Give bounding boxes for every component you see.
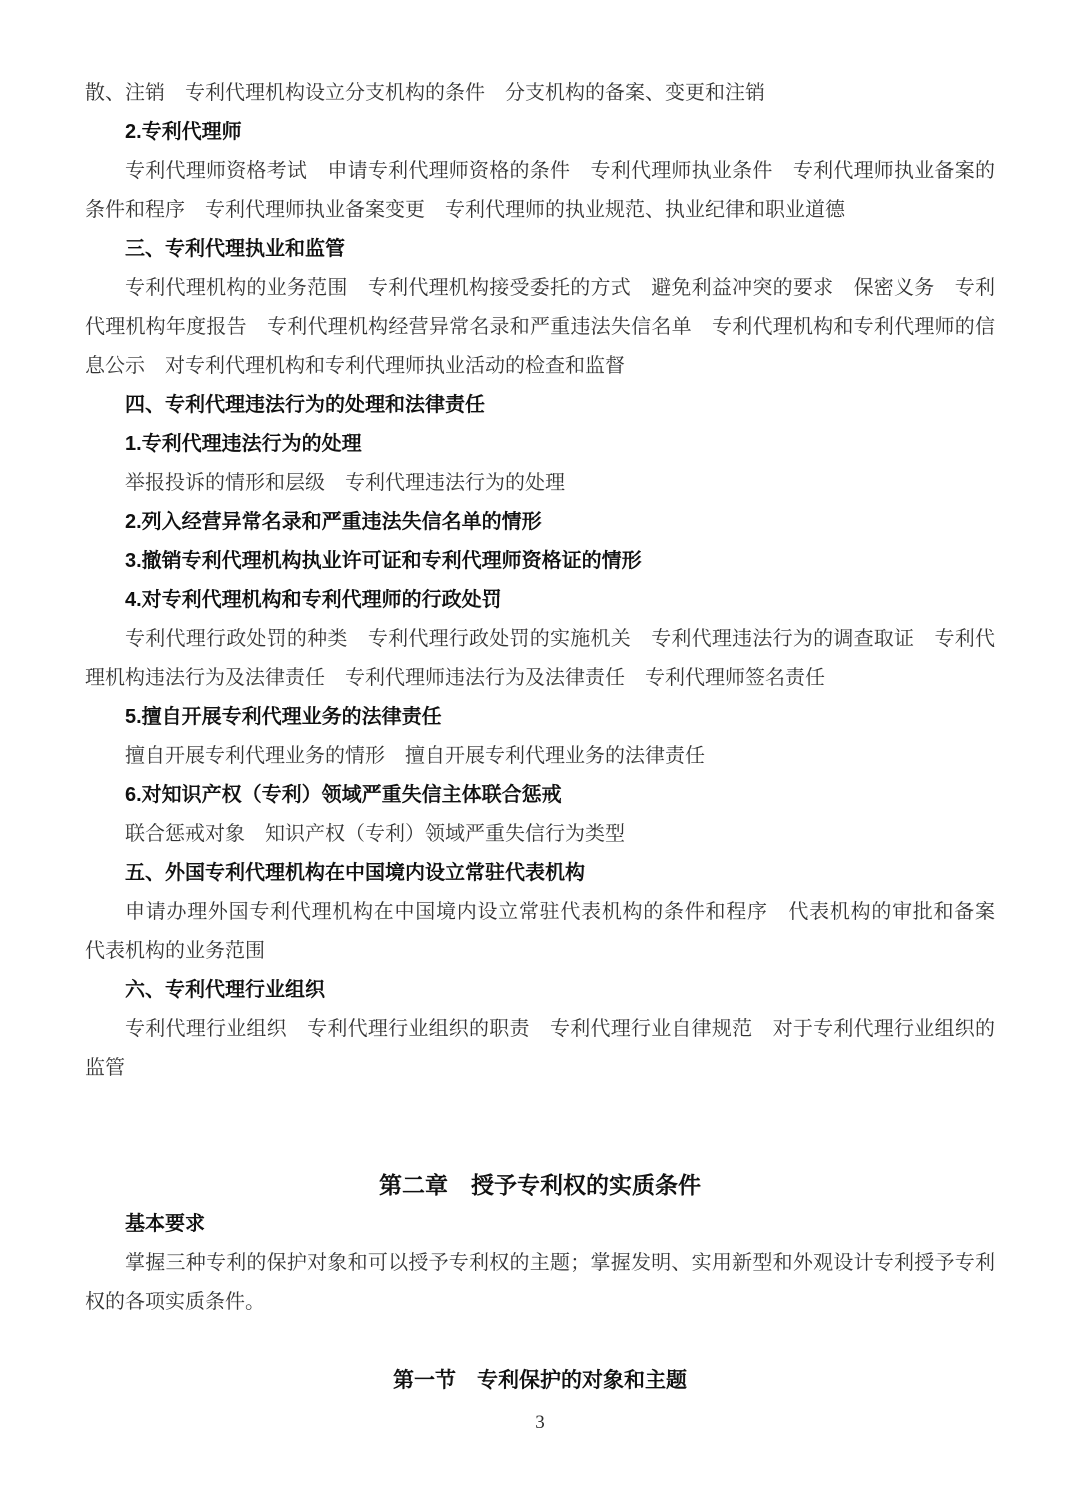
sub-heading: 1.专利代理违法行为的处理: [85, 425, 995, 464]
sub-heading: 6.对知识产权（专利）领域严重失信主体联合惩戒: [85, 776, 995, 815]
sub-heading: 2.列入经营异常名录和严重违法失信名单的情形: [85, 503, 995, 542]
section-title: 第一节 专利保护的对象和主题: [85, 1361, 995, 1400]
sub-heading: 2.专利代理师: [85, 113, 995, 152]
paragraph: 掌握三种专利的保护对象和可以授予专利权的主题；掌握发明、实用新型和外观设计专利授…: [85, 1244, 995, 1322]
sub-heading: 5.擅自开展专利代理业务的法律责任: [85, 698, 995, 737]
document-page: 散、注销 专利代理机构设立分支机构的条件 分支机构的备案、变更和注销2.专利代理…: [0, 0, 1080, 1508]
paragraph: 专利代理机构的业务范围 专利代理机构接受委托的方式 避免利益冲突的要求 保密义务…: [85, 269, 995, 386]
section-heading: 四、专利代理违法行为的处理和法律责任: [85, 386, 995, 425]
sub-heading: 4.对专利代理机构和专利代理师的行政处罚: [85, 581, 995, 620]
section-heading: 五、外国专利代理机构在中国境内设立常驻代表机构: [85, 854, 995, 893]
chapter-title: 第二章 授予专利权的实质条件: [85, 1166, 995, 1205]
paragraph: 专利代理师资格考试 申请专利代理师资格的条件 专利代理师执业条件 专利代理师执业…: [85, 152, 995, 230]
page-number: 3: [85, 1408, 995, 1438]
section-heading: 六、专利代理行业组织: [85, 971, 995, 1010]
paragraph: 申请办理外国专利代理机构在中国境内设立常驻代表机构的条件和程序 代表机构的审批和…: [85, 893, 995, 971]
paragraph: 联合惩戒对象 知识产权（专利）领域严重失信行为类型: [85, 815, 995, 854]
paragraph: 举报投诉的情形和层级 专利代理违法行为的处理: [85, 464, 995, 503]
document-content: 散、注销 专利代理机构设立分支机构的条件 分支机构的备案、变更和注销2.专利代理…: [85, 74, 995, 1400]
paragraph-continuation: 散、注销 专利代理机构设立分支机构的条件 分支机构的备案、变更和注销: [85, 74, 995, 113]
sub-heading: 基本要求: [85, 1205, 995, 1244]
sub-heading: 3.撤销专利代理机构执业许可证和专利代理师资格证的情形: [85, 542, 995, 581]
paragraph: 专利代理行政处罚的种类 专利代理行政处罚的实施机关 专利代理违法行为的调查取证 …: [85, 620, 995, 698]
paragraph: 擅自开展专利代理业务的情形 擅自开展专利代理业务的法律责任: [85, 737, 995, 776]
section-heading: 三、专利代理执业和监管: [85, 230, 995, 269]
paragraph: 专利代理行业组织 专利代理行业组织的职责 专利代理行业自律规范 对于专利代理行业…: [85, 1010, 995, 1088]
